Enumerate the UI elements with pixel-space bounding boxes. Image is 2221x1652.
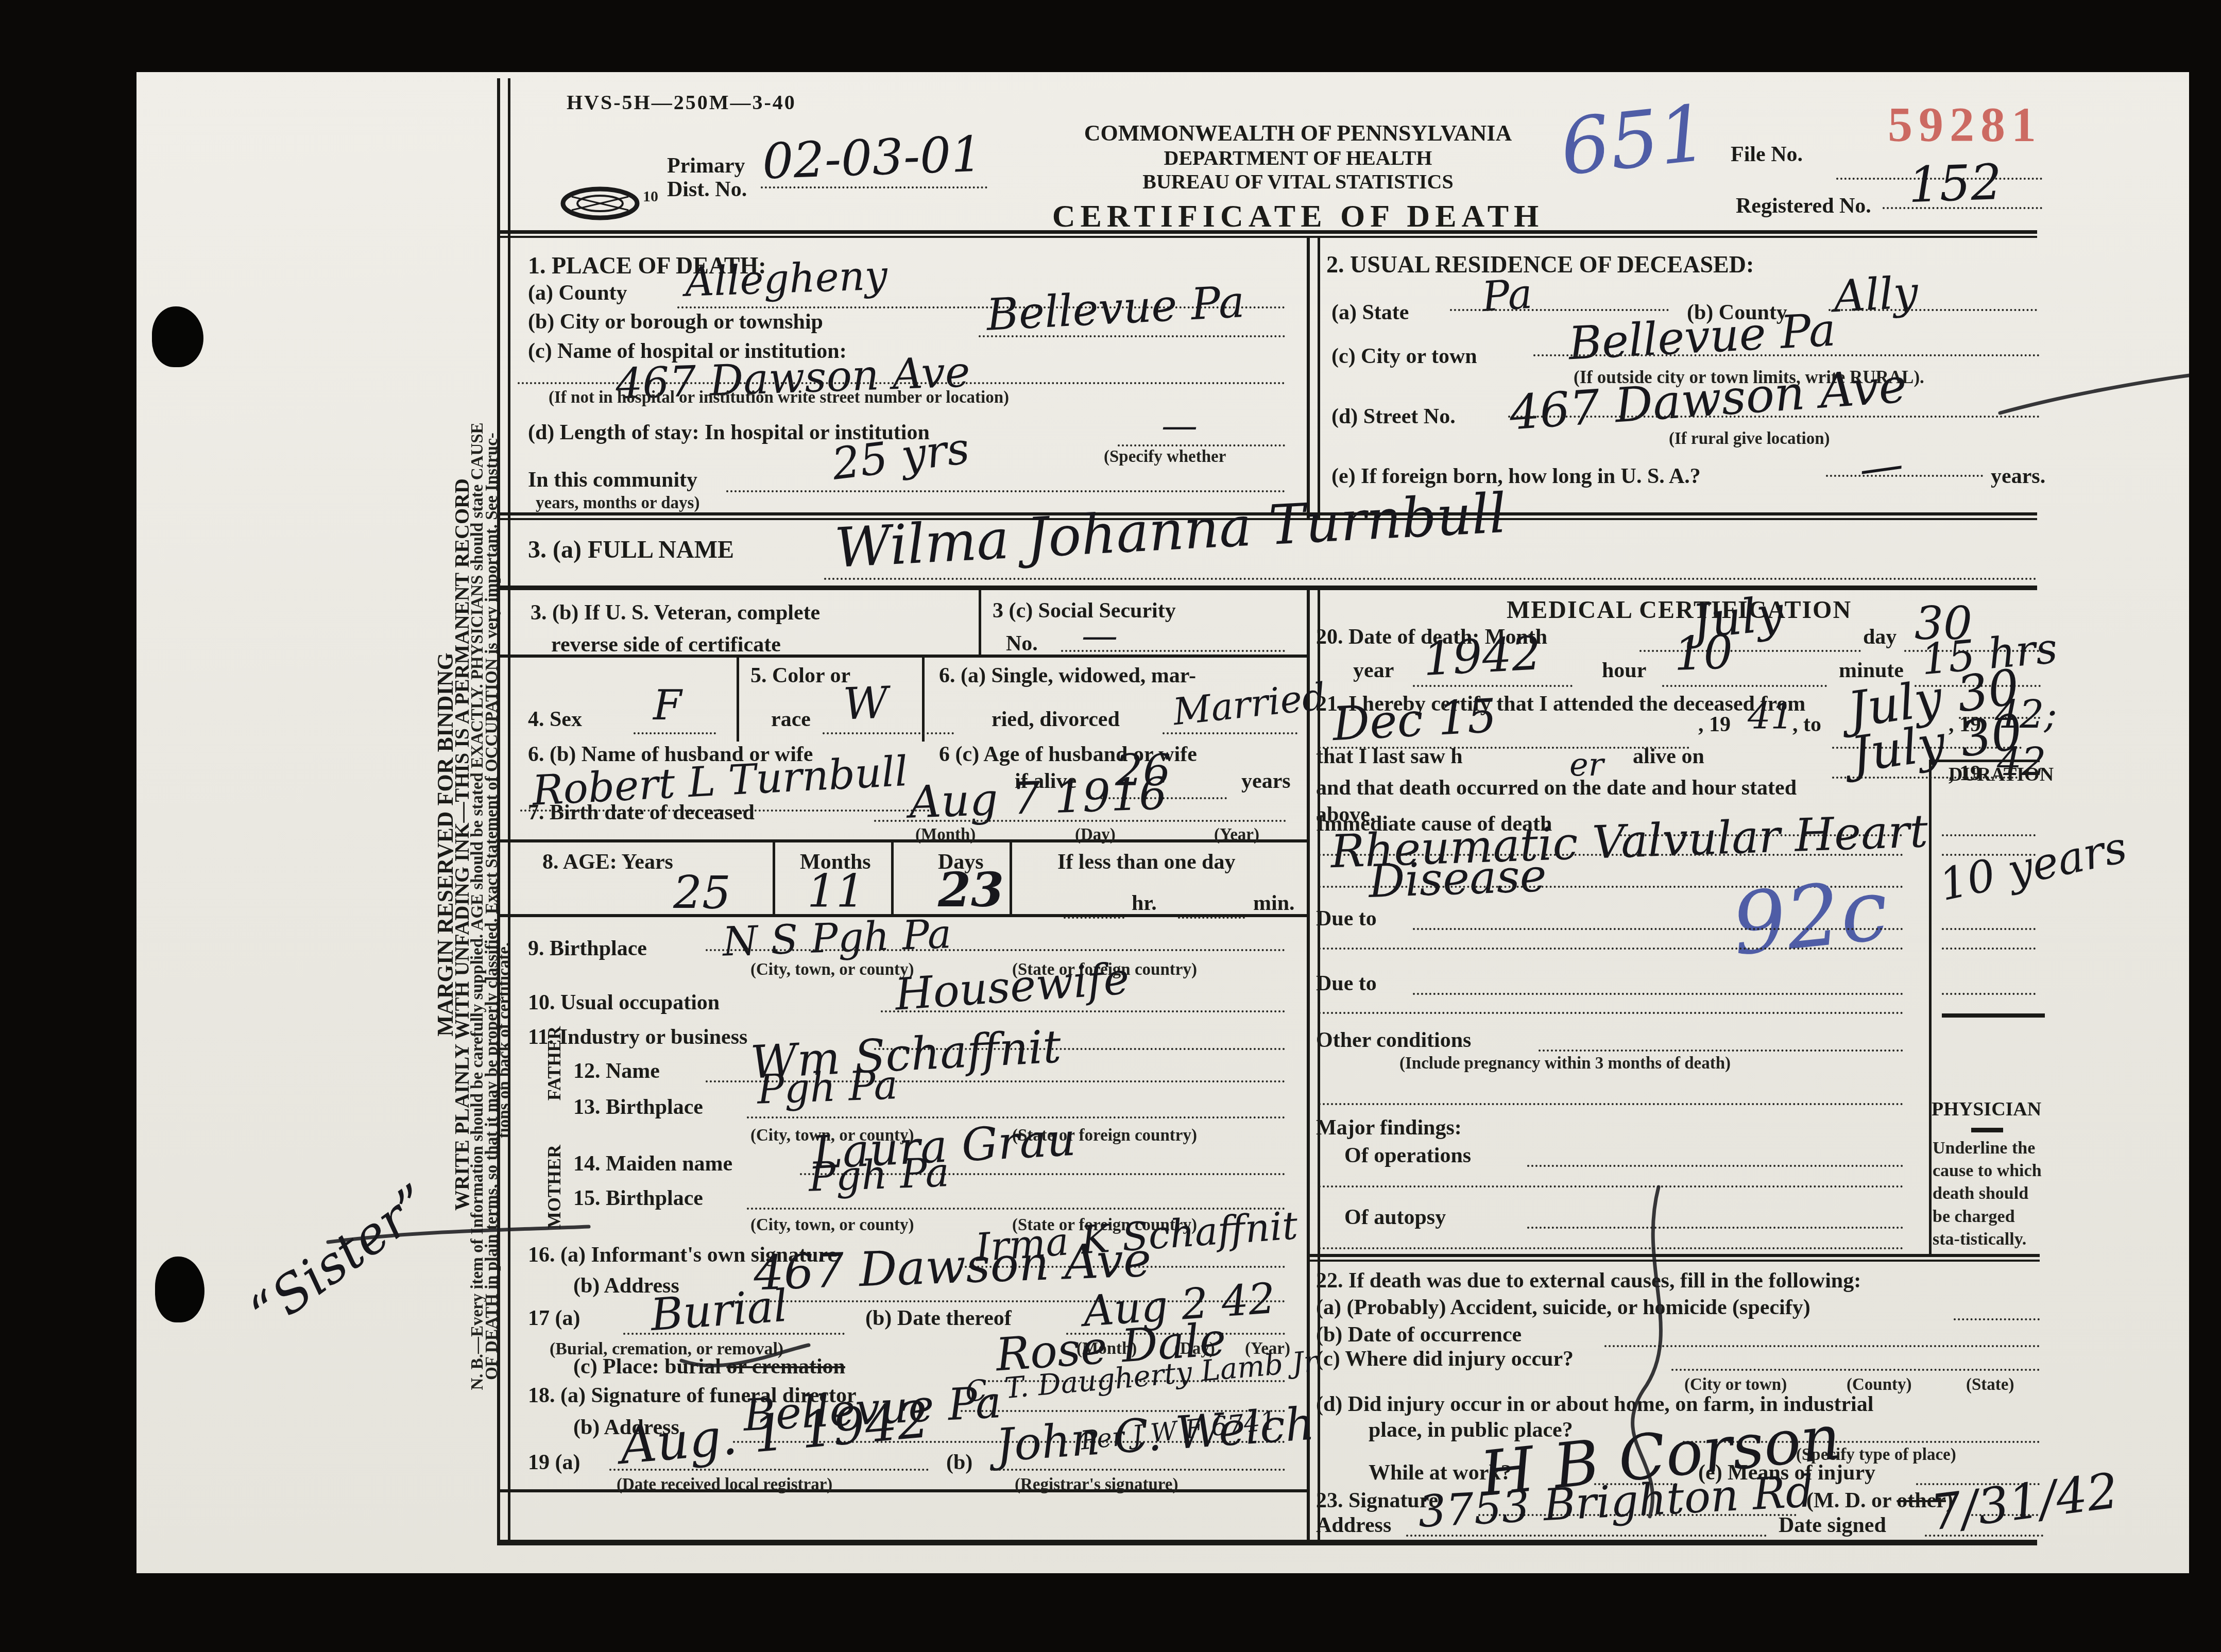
stray-ink-strokes — [136, 72, 2189, 1573]
certificate-paper: “Sister” MARGIN RESERVED FOR BINDING WRI… — [136, 72, 2189, 1573]
